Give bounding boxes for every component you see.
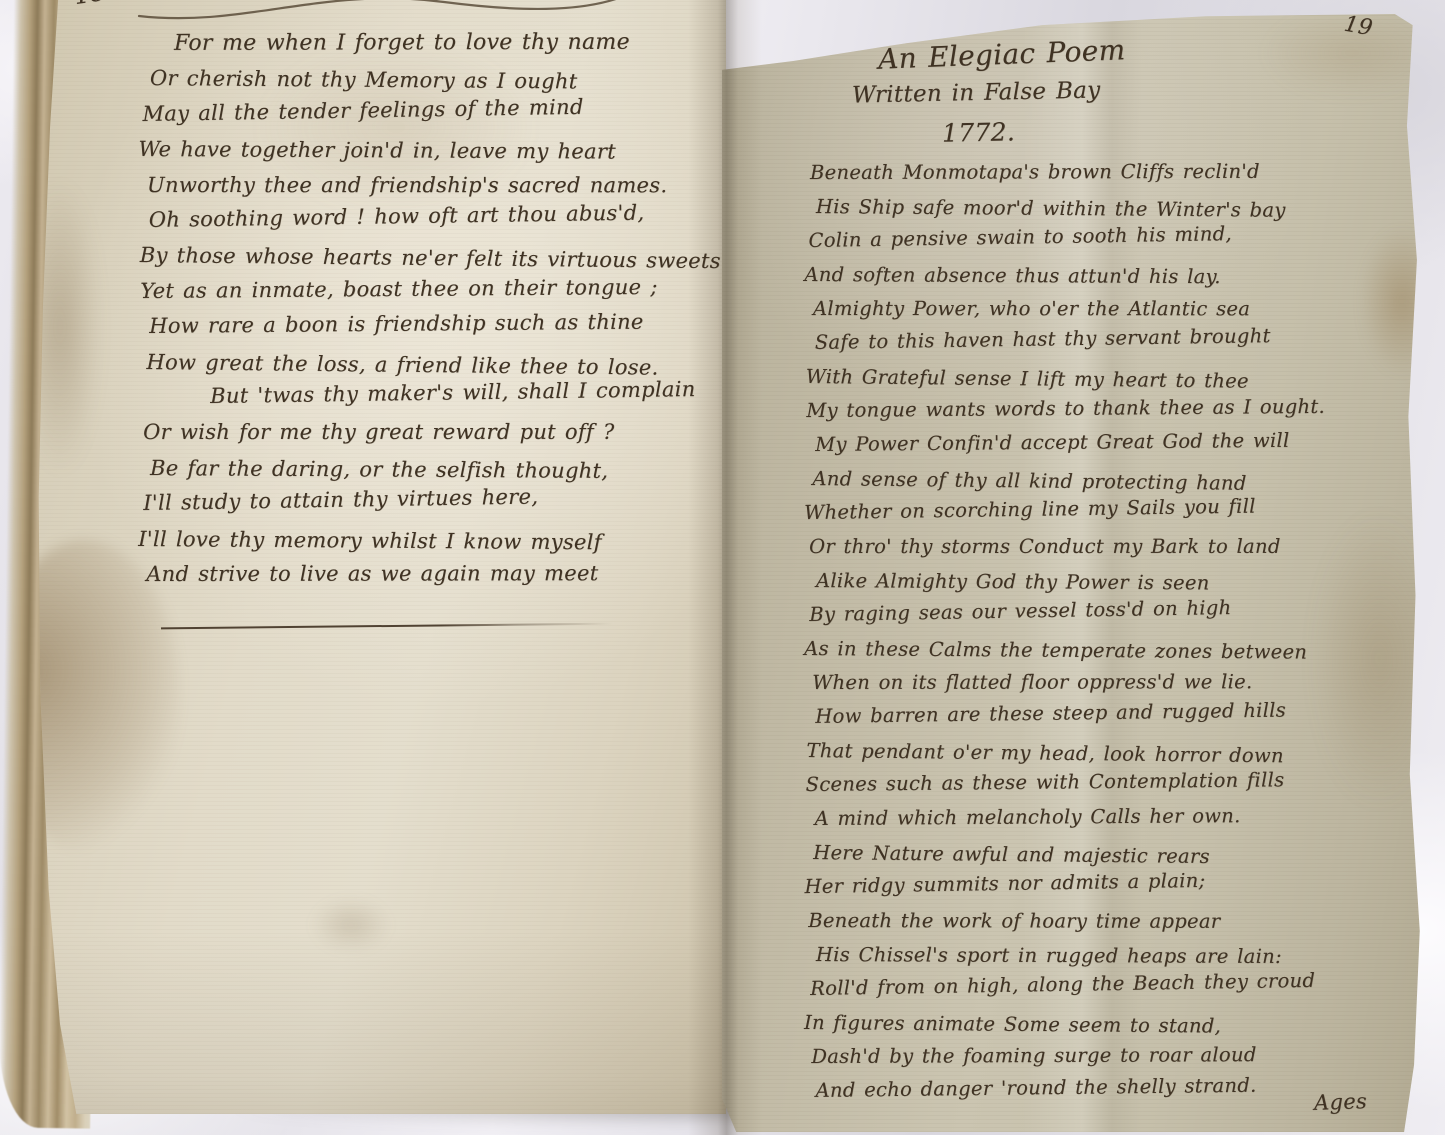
manuscript-line: Or wish for me thy great reward put off … <box>143 415 718 451</box>
manuscript-line: For me when I forget to love thy name <box>144 24 719 61</box>
manuscript-line: A mind which melancholy Calls her own. <box>814 798 1414 836</box>
manuscript-line: And soften absence thus attun'd his lay. <box>804 258 1404 295</box>
page-shading <box>16 932 726 1114</box>
manuscript-line: Or thro' thy storms Conduct my Bark to l… <box>809 530 1409 564</box>
right-page-verse: Beneath Monmotapa's brown Cliffs reclin'… <box>810 156 1410 1108</box>
poem-subtitle: Written in False Bay <box>852 77 1101 108</box>
manuscript-line: How barren are these steep and rugged hi… <box>815 692 1415 734</box>
manuscript-line: Whether on scorching line my Sails you f… <box>804 487 1404 530</box>
manuscript-line: My Power Confin'd accept Great God the w… <box>815 423 1415 462</box>
manuscript-line: Yet as an inmate, boast thee on their to… <box>140 269 715 309</box>
manuscript-line: But 'twas thy maker's will, shall I comp… <box>138 372 713 416</box>
manuscript-line: How rare a boon is friendship such as th… <box>149 304 724 344</box>
manuscript-line: Oh soothing word ! how oft art thou abus… <box>149 194 724 238</box>
poem-date: 1772. <box>942 117 1016 147</box>
ink-divider-rule <box>161 623 613 630</box>
right-page-number: 19 <box>1342 12 1375 42</box>
left-page-verse: For me when I forget to love thy nameOr … <box>144 26 719 593</box>
catchword: Ages <box>1314 1089 1368 1115</box>
manuscript-line: Beneath the work of hoary time appear <box>808 904 1408 939</box>
left-page: 18 For me when I forget to love thy name… <box>16 0 726 1114</box>
manuscript-line: My tongue wants words to thank thee as I… <box>806 389 1406 428</box>
manuscript-line: Beneath Monmotapa's brown Cliffs reclin'… <box>810 154 1410 190</box>
manuscript-line: And strive to live as we again may meet <box>146 556 721 592</box>
manuscript-line: We have together join'd in, leave my hea… <box>138 132 713 171</box>
manuscript-line: Scenes such as these with Contemplation … <box>805 762 1405 802</box>
ink-flourish-icon <box>134 0 634 26</box>
left-page-number: 18 <box>72 0 107 10</box>
right-page: 19 An Elegiac Poem Written in False Bay … <box>722 14 1434 1132</box>
